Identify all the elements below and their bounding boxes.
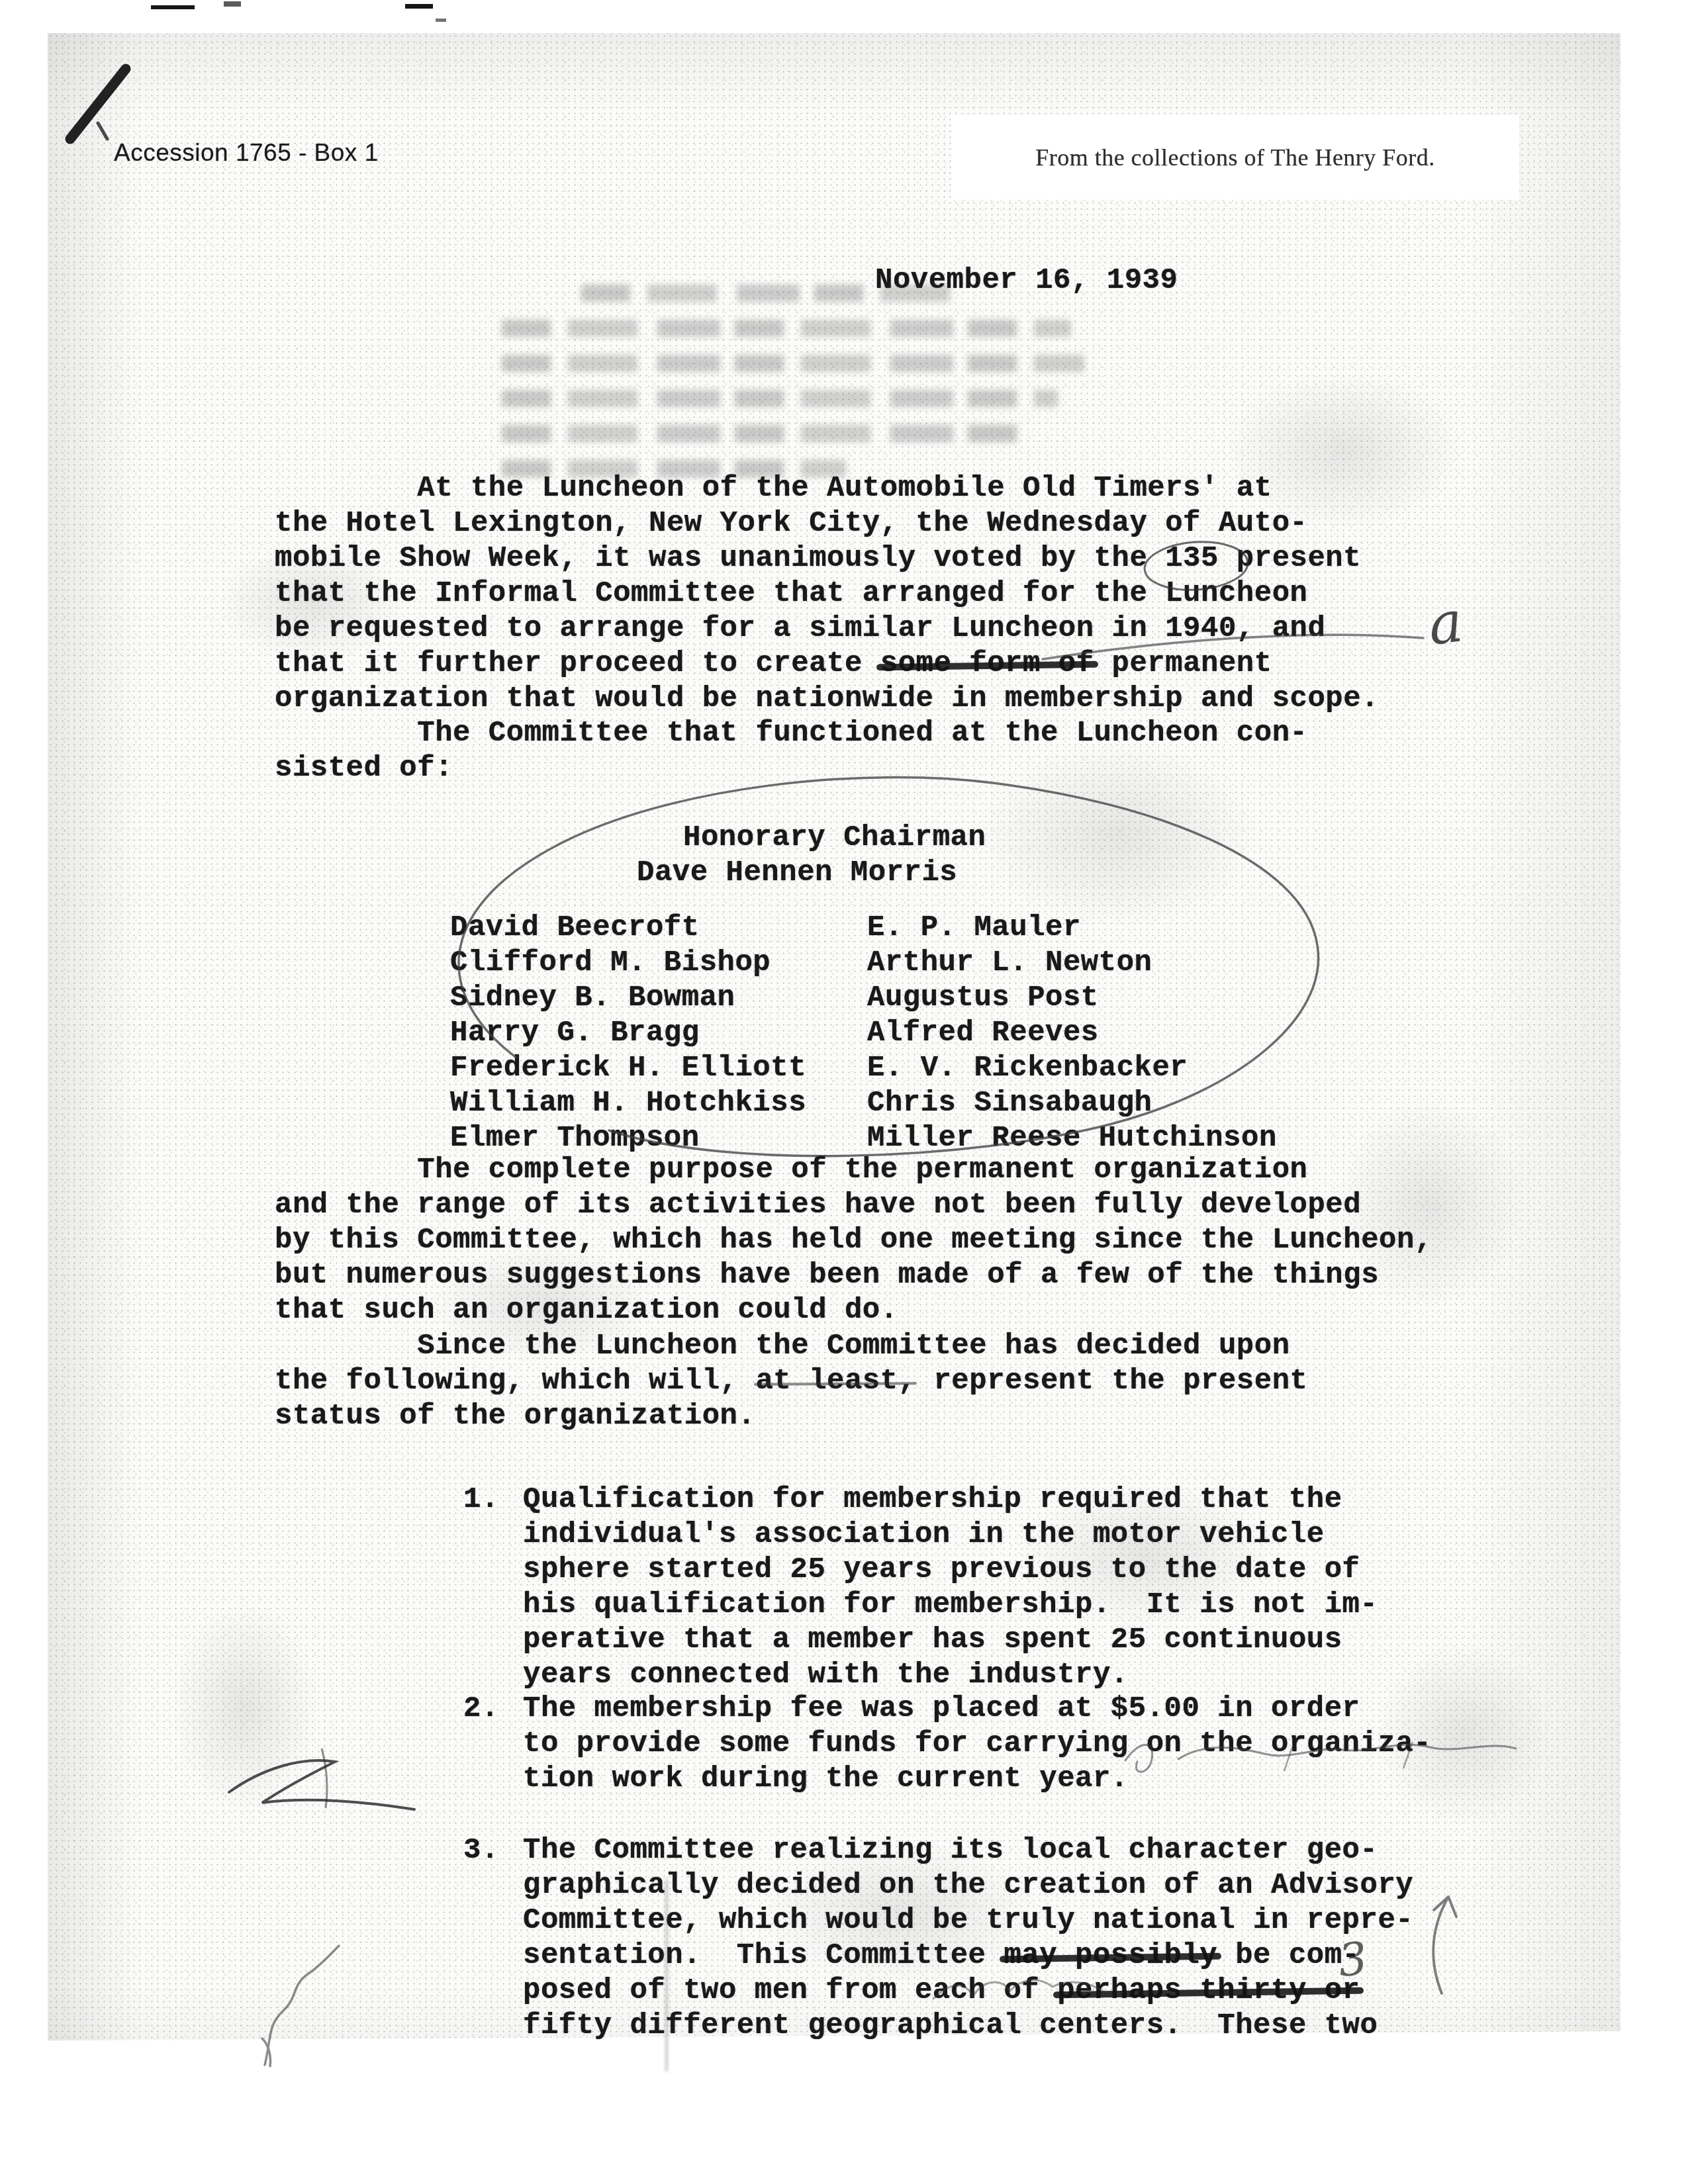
scan-artifact [224,1,241,7]
pen-ellipse-around-committee [357,747,1357,1170]
pen-connector-line [1039,621,1443,674]
typed-line: Since the Luncheon the Committee has dec… [275,1329,1307,1364]
typed-line: At the Luncheon of the Automobile Old Ti… [275,471,1379,506]
struck-text: at least, [755,1365,915,1398]
scanned-letter-page: Accession 1765 - Box 1 From the collecti… [0,0,1688,2184]
item-1-body: Qualification for membership required th… [523,1482,1378,1693]
typed-line: individual's association in the motor ve… [523,1518,1378,1553]
typed-line: sphere started 25 years previous to the … [523,1553,1378,1588]
item-3-number: 3. [463,1833,499,1868]
typed-line: and the range of its activities have not… [275,1188,1432,1223]
typed-line: but numerous suggestions have been made … [275,1258,1432,1293]
typed-line: The complete purpose of the permanent or… [275,1153,1432,1188]
typed-line: The Committee realizing its local charac… [523,1833,1413,1868]
item-1-number: 1. [463,1482,499,1518]
paper-crease [665,1880,668,2071]
handwritten-note-scribble [1119,1707,1529,1807]
bottom-center-scribble [927,1952,1112,2038]
typed-line: perative that a member has spent 25 cont… [523,1623,1378,1658]
bleed-through-ghost-text [502,285,1101,495]
collection-stamp-box: From the collections of The Henry Ford. [951,115,1519,200]
handwritten-page-number: 3 [1336,1933,1370,1987]
typed-line: the following, which will, at least, rep… [275,1364,1307,1399]
typed-line: the Hotel Lexington, New York City, the … [275,506,1379,541]
typed-line: status of the organization. [275,1399,1307,1434]
typed-line: his qualification for membership. It is … [523,1588,1378,1623]
pen-arrow-mark [1402,1888,1468,2000]
item-2-number: 2. [463,1692,499,1727]
accession-label: Accession 1765 - Box 1 [114,139,379,167]
paragraph-3: The complete purpose of the permanent or… [275,1153,1432,1328]
pen-slash-mark [58,58,151,151]
scan-artifact [151,5,195,9]
typed-line: years connected with the industry. [523,1658,1378,1693]
paragraph-4: Since the Luncheon the Committee has dec… [275,1329,1307,1434]
margin-scribble [222,1729,421,1821]
typed-line: graphically decided on the creation of a… [523,1868,1413,1903]
pen-circle-around-count [1140,537,1252,594]
typed-line: organization that would be nationwide in… [275,682,1379,717]
typed-line: by this Committee, which has held one me… [275,1223,1432,1258]
scan-artifact [405,4,433,9]
typed-line: Qualification for membership required th… [523,1482,1378,1518]
collection-stamp-text: From the collections of The Henry Ford. [1035,144,1435,171]
typed-line: Committee, which would be truly national… [523,1903,1413,1938]
scan-artifact [436,19,446,22]
typed-line: that such an organization could do. [275,1293,1432,1328]
bottom-left-scribble [252,1939,404,2078]
